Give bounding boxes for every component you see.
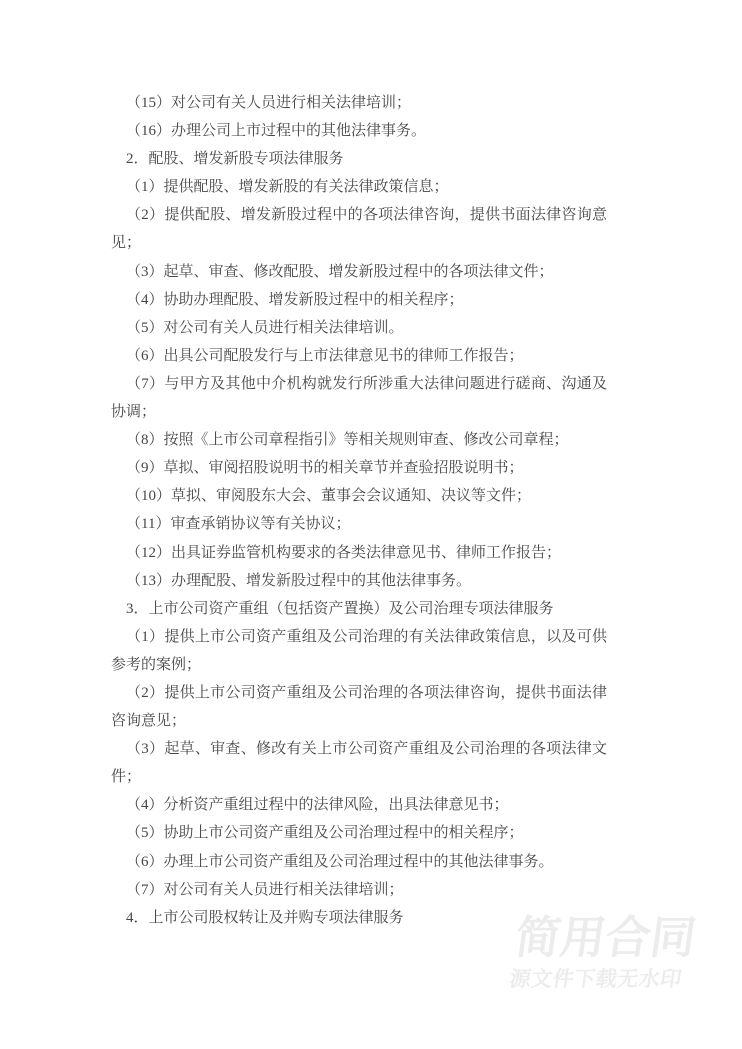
paragraph: （2）提供配股、增发新股过程中的各项法律咨询，提供书面法律咨询意见； [111, 201, 607, 257]
contract-body: （15）对公司有关人员进行相关法律培训；（16）办理公司上市过程中的其他法律事务… [111, 89, 607, 932]
paragraph: （13）办理配股、增发新股过程中的其他法律事务。 [111, 567, 607, 595]
paragraph: （4）分析资产重组过程中的法律风险，出具法律意见书； [111, 791, 607, 819]
watermark-brand-text: 简用合同 [512, 914, 699, 962]
paragraph: （5）对公司有关人员进行相关法律培训。 [111, 314, 607, 342]
paragraph: （6）办理上市公司资产重组及公司治理过程中的其他法律事务。 [111, 848, 607, 876]
paragraph: （5）协助上市公司资产重组及公司治理过程中的相关程序； [111, 819, 607, 847]
paragraph: （2）提供上市公司资产重组及公司治理的各项法律咨询，提供书面法律咨询意见； [111, 679, 607, 735]
paragraph: （8）按照《上市公司章程指引》等相关规则审查、修改公司章程； [111, 426, 607, 454]
paragraph: （16）办理公司上市过程中的其他法律事务。 [111, 117, 607, 145]
paragraph: （11）审查承销协议等有关协议； [111, 510, 607, 538]
paragraph: 3．上市公司资产重组（包括资产置换）及公司治理专项法律服务 [111, 595, 607, 623]
paragraph: （4）协助办理配股、增发新股过程中的相关程序； [111, 286, 607, 314]
paragraph: （15）对公司有关人员进行相关法律培训； [111, 89, 607, 117]
watermark: 简用合同 源文件下载无水印 [508, 914, 699, 992]
paragraph: （7）与甲方及其他中介机构就发行所涉重大法律问题进行磋商、沟通及协调； [111, 370, 607, 426]
paragraph: （6）出具公司配股发行与上市法律意见书的律师工作报告； [111, 342, 607, 370]
paragraph: （3）起草、审查、修改有关上市公司资产重组及公司治理的各项法律文件； [111, 735, 607, 791]
paragraph: （7）对公司有关人员进行相关法律培训； [111, 876, 607, 904]
paragraph: （1）提供上市公司资产重组及公司治理的有关法律政策信息，以及可供参考的案例； [111, 623, 607, 679]
watermark-tagline-text: 源文件下载无水印 [508, 968, 691, 992]
paragraph: （9）草拟、审阅招股说明书的相关章节并查验招股说明书； [111, 454, 607, 482]
paragraph: 2．配股、增发新股专项法律服务 [111, 145, 607, 173]
paragraph: （1）提供配股、增发新股的有关法律政策信息； [111, 173, 607, 201]
document-page: （15）对公司有关人员进行相关法律培训；（16）办理公司上市过程中的其他法律事务… [0, 0, 742, 1049]
paragraph: （12）出具证券监管机构要求的各类法律意见书、律师工作报告； [111, 539, 607, 567]
paragraph: （10）草拟、审阅股东大会、董事会会议通知、决议等文件； [111, 482, 607, 510]
paragraph: （3）起草、审查、修改配股、增发新股过程中的各项法律文件； [111, 258, 607, 286]
